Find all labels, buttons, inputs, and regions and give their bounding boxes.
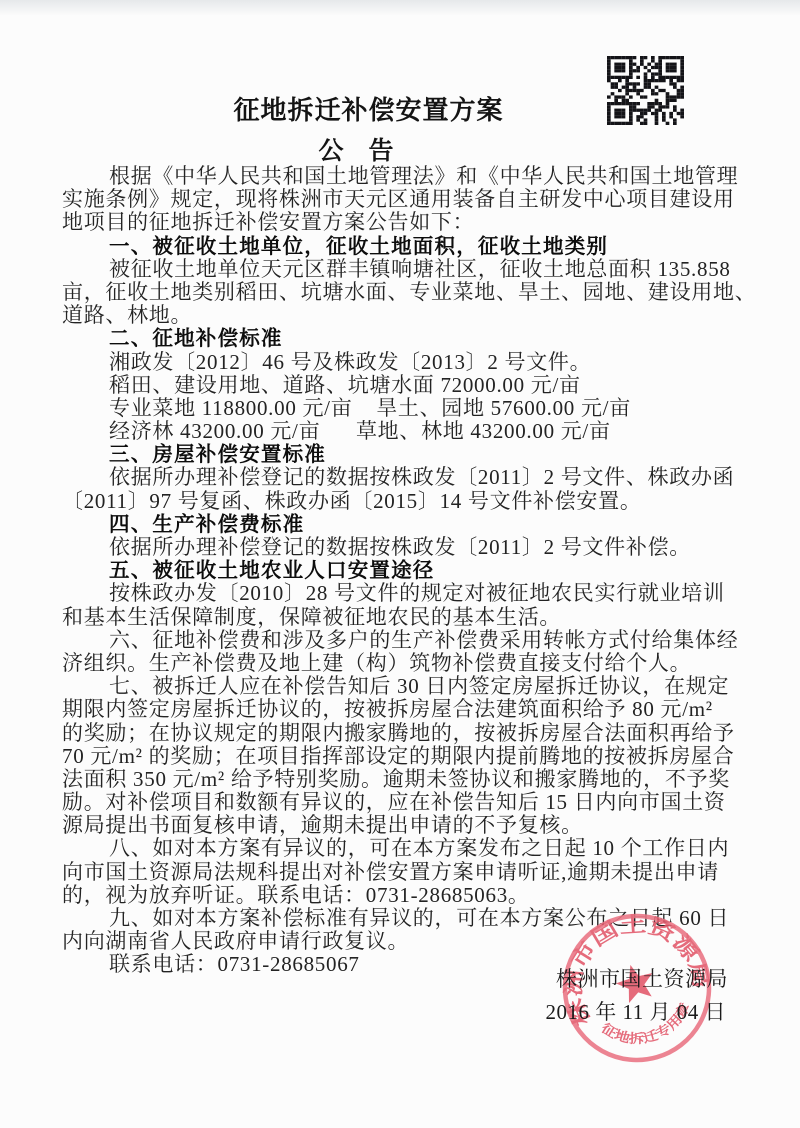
- document-line: 按株政办发〔2010〕28 号文件的规定对被征地农民实行就业培训: [62, 582, 752, 605]
- document-line: 根据《中华人民共和国土地管理法》和《中华人民共和国土地管理: [62, 165, 752, 188]
- document-section-heading: 五、被征收土地农业人口安置途径: [62, 559, 752, 582]
- document-line: 依据所办理补偿登记的数据按株政发〔2011〕2 号文件补偿。: [62, 536, 752, 559]
- document-line: 依据所办理补偿登记的数据按株政发〔2011〕2 号文件、株政办函: [62, 466, 752, 489]
- document-line: 六、征地补偿费和涉及多户的生产补偿费采用转帐方式付给集体经: [62, 629, 752, 652]
- document-line: 八、如对本方案有异议的，可在本方案发布之日起 10 个工作日内: [62, 837, 752, 860]
- document-line: 法面积 350 元/m² 给予特别奖励。逾期未签协议和搬家腾地的，不予奖: [62, 768, 752, 791]
- document-line: 湘政发〔2012〕46 号及株政发〔2013〕2 号文件。: [62, 351, 752, 374]
- signature-date: 2016 年 11 月 04 日: [546, 996, 726, 1026]
- document-section-heading: 三、房屋补偿安置标准: [62, 443, 752, 466]
- document-line: 向市国土资源局法规科提出对补偿安置方案申请听证,逾期未提出申请: [62, 861, 752, 884]
- document-line: 的奖励；在协议规定的期限内搬家腾地的，按被拆房屋合法面积再给予: [62, 722, 752, 745]
- document-line: 70 元/m² 的奖励；在项目指挥部设定的期限内提前腾地的按被拆房屋合: [62, 745, 752, 768]
- document-line: 的，视为放弃听证。联系电话：0731-28685063。: [62, 884, 752, 907]
- qr-code: [607, 56, 684, 125]
- document-section-heading: 四、生产补偿费标准: [62, 513, 752, 536]
- scan-shadow-artifact: [0, 0, 800, 16]
- scanned-notice-page: { "colors": { "seal_red": "#e2586a", "se…: [0, 0, 800, 1128]
- document-line: 期限内签定房屋拆迁协议的，按被拆房屋合法建筑面积给予 80 元/m²: [62, 698, 752, 721]
- document-line: 稻田、建设用地、道路、坑塘水面 72000.00 元/亩: [62, 374, 752, 397]
- document-line: 被征收土地单位天元区群丰镇响塘社区，征收土地总面积 135.858: [62, 258, 752, 281]
- document-body: 根据《中华人民共和国土地管理法》和《中华人民共和国土地管理实施条例》规定，现将株…: [62, 165, 752, 977]
- document-line: 专业菜地 118800.00 元/亩 旱土、园地 57600.00 元/亩: [62, 397, 752, 420]
- signature-agency: 株洲市国土资源局: [556, 963, 728, 993]
- document-section-heading: 二、征地补偿标准: [62, 327, 752, 350]
- document-line: 道路、林地。: [62, 304, 752, 327]
- document-line: 源局提出书面复核申请，逾期未提出申请的不予复核。: [62, 814, 752, 837]
- document-section-heading: 一、被征收土地单位，征收土地面积，征收土地类别: [62, 235, 752, 258]
- document-line: 地项目的征地拆迁补偿安置方案公告如下：: [62, 211, 752, 234]
- page-subtitle: 公 告: [0, 131, 712, 167]
- document-line: 实施条例》规定，现将株洲市天元区通用装备自主研发中心项目建设用: [62, 188, 752, 211]
- document-line: 和基本生活保障制度，保障被征地农民的基本生活。: [62, 606, 752, 629]
- document-line: 亩，征收土地类别稻田、坑塘水面、专业菜地、旱土、园地、建设用地、: [62, 281, 752, 304]
- document-line: 七、被拆迁人应在补偿告知后 30 日内签定房屋拆迁协议，在规定: [62, 675, 752, 698]
- document-line: 经济林 43200.00 元/亩 草地、林地 43200.00 元/亩: [62, 420, 752, 443]
- document-line: 济组织。生产补偿费及地上建（构）筑物补偿费直接支付给个人。: [62, 652, 752, 675]
- document-line: 〔2011〕97 号复函、株政办函〔2015〕14 号文件补偿安置。: [62, 490, 752, 513]
- document-line: 励。对补偿项目和数额有异议的，应在补偿告知后 15 日内向市国土资: [62, 791, 752, 814]
